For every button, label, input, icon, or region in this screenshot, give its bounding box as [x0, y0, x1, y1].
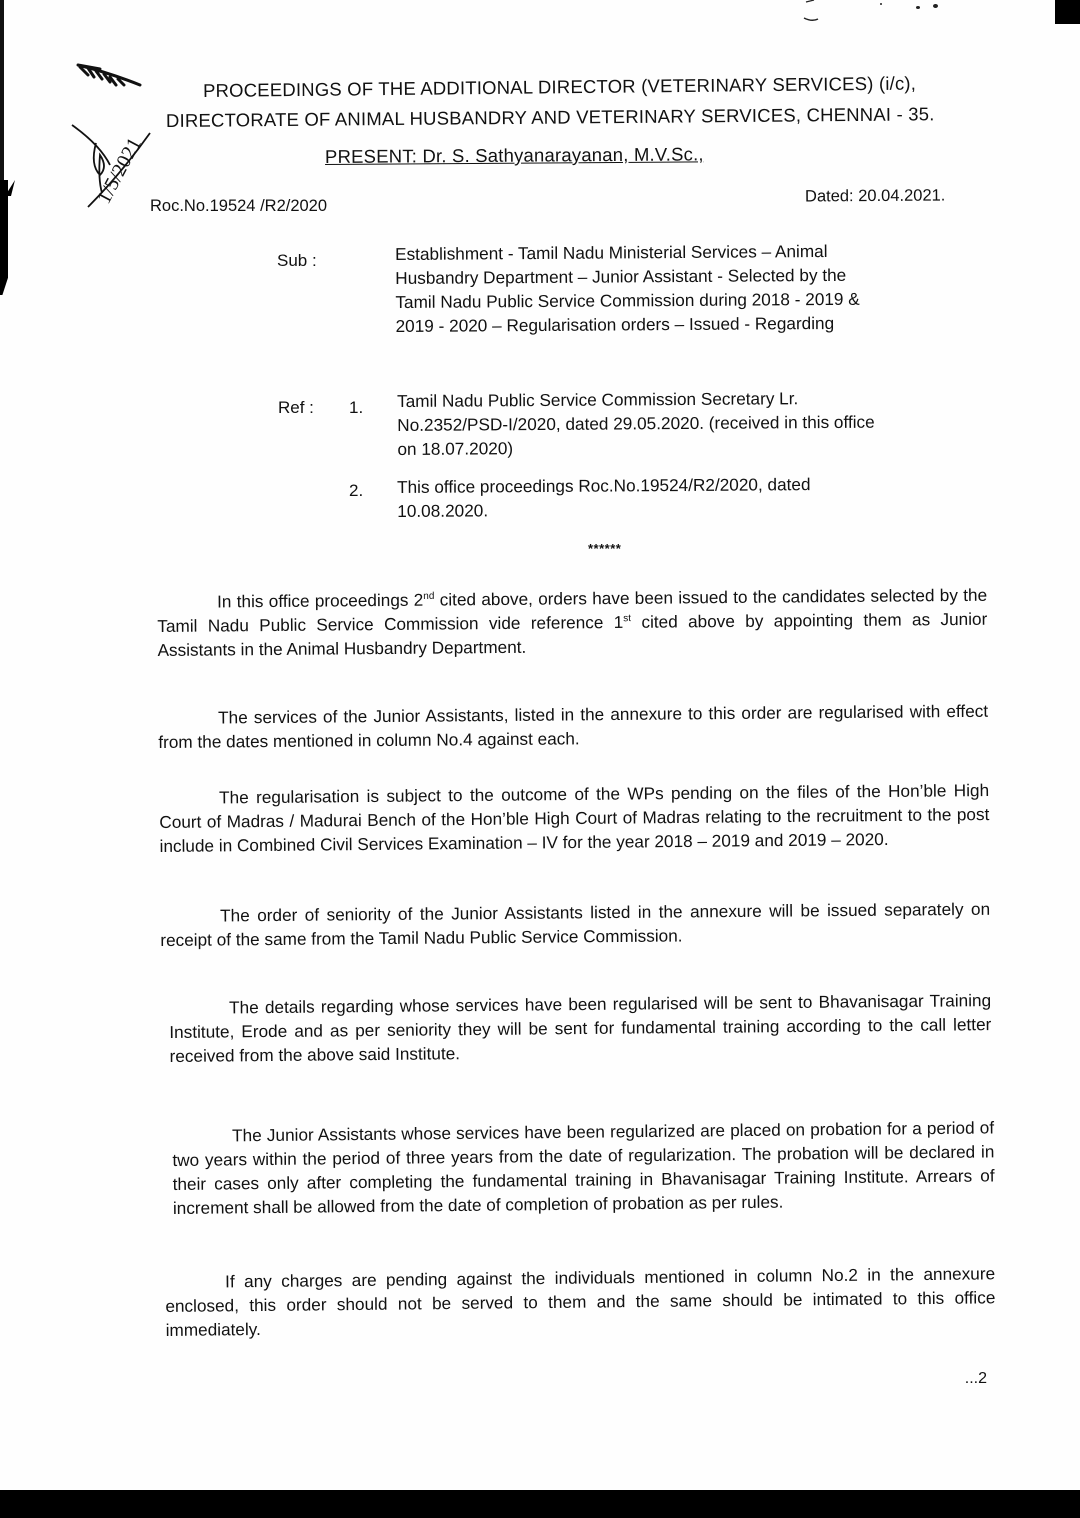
scan-edge-shadow-thick — [0, 180, 8, 295]
subject-text: Establishment - Tamil Nadu Ministerial S… — [395, 239, 886, 338]
body-paragraph-4: The order of seniority of the Junior Ass… — [160, 897, 990, 952]
scan-speck — [933, 4, 938, 8]
scan-edge-shadow — [0, 0, 4, 180]
scan-mark — [800, 0, 840, 25]
body-paragraph-6: The Junior Assistants whose services hav… — [172, 1115, 995, 1220]
roc-number: Roc.No.19524 /R2/2020 — [150, 197, 327, 216]
scanned-document-page: 1/5/2021 PROCEEDINGS OF THE ADDITIONAL D… — [0, 0, 1080, 1490]
body-paragraph-1: In this office proceedings 2nd cited abo… — [157, 583, 988, 662]
page-continuation-marker: ...2 — [965, 1370, 987, 1388]
header-present: PRESENT: Dr. S. Sathyanarayanan, M.V.Sc.… — [325, 143, 704, 168]
header-directorate: DIRECTORATE OF ANIMAL HUSBANDRY AND VETE… — [166, 103, 935, 132]
header-title: PROCEEDINGS OF THE ADDITIONAL DIRECTOR (… — [203, 73, 916, 102]
reference-text-1: Tamil Nadu Public Service Commission Sec… — [397, 386, 877, 461]
ordinal-superscript: st — [623, 613, 631, 624]
order-date: Dated: 20.04.2021. — [805, 187, 946, 207]
section-separator: ****** — [588, 541, 621, 556]
paragraph-text: The Junior Assistants whose services hav… — [172, 1117, 994, 1218]
svg-text:1/5/2021: 1/5/2021 — [93, 134, 146, 207]
ordinal-superscript: nd — [423, 591, 434, 602]
reference-label: Ref : — [278, 398, 314, 418]
scan-corner-shadow — [1055, 0, 1080, 24]
paragraph-text: If any charges are pending against the i… — [165, 1263, 995, 1340]
body-paragraph-7: If any charges are pending against the i… — [165, 1261, 996, 1342]
reference-text-2: This office proceedings Roc.No.19524/R2/… — [397, 472, 877, 523]
reference-number-2: 2. — [349, 481, 363, 501]
reference-number-1: 1. — [349, 398, 363, 418]
body-paragraph-3: The regularisation is subject to the out… — [159, 778, 990, 858]
paragraph-text: The regularisation is subject to the out… — [159, 780, 989, 856]
scan-speck — [880, 3, 882, 5]
body-paragraph-2: The services of the Junior Assistants, l… — [158, 699, 988, 754]
paragraph-text: The details regarding whose services hav… — [169, 990, 991, 1066]
subject-label: Sub : — [277, 251, 317, 271]
paragraph-text: The services of the Junior Assistants, l… — [158, 701, 988, 752]
paragraph-text: The order of seniority of the Junior Ass… — [160, 899, 990, 950]
scan-speck — [916, 6, 920, 9]
body-paragraph-5: The details regarding whose services hav… — [169, 988, 992, 1068]
paragraph-text: In this office proceedings 2 — [217, 590, 423, 612]
scan-bottom-border — [0, 1490, 1080, 1518]
